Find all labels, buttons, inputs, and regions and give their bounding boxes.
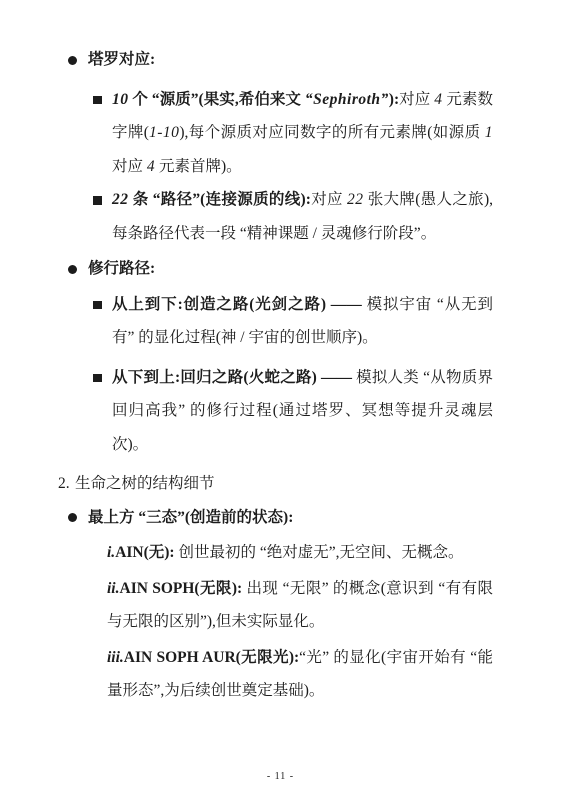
text-segment: 22 — [347, 191, 364, 208]
numbered-heading-tree-structure: 2.生命之树的结构细节 — [58, 467, 493, 501]
list-number-label: 2. — [58, 467, 75, 501]
circle-bullet-icon — [68, 265, 77, 274]
roman-list-item-ain: i.AIN(无): 创世最初的 “绝对虚无”,无空间、无概念。 — [107, 536, 493, 570]
text-segment: AIN SOPH(无限): — [120, 580, 243, 597]
text-segment: 修行路径: — [88, 260, 155, 277]
text-segment: 对应 — [112, 158, 147, 175]
text-segment: 条 “路径”(连接源质的线): — [129, 191, 311, 208]
square-bullet-icon — [93, 374, 102, 383]
roman-list-item-ain-soph: ii.AIN SOPH(无限): 出现 “无限” 的概念(意识到 “有有限与无限… — [107, 572, 493, 639]
square-bullet-icon — [93, 196, 102, 205]
page-number: - 11 - — [0, 771, 561, 782]
text-segment: 1-10 — [149, 124, 179, 141]
document-page: 塔罗对应: 10 个 “源质”(果实,希伯来文 “Sephiroth”):对应 … — [0, 0, 561, 805]
text-segment: AIN SOPH AUR(无限光): — [124, 649, 299, 666]
sub-bullet-item-paths: 22 条 “路径”(连接源质的线):对应 22 张大牌(愚人之旅),每条路径代表… — [112, 183, 493, 250]
text-segment: 从上到下:创造之路(光剑之路) —— — [112, 296, 367, 313]
text-segment: 4 — [147, 158, 155, 175]
text-segment: 对应 — [399, 91, 434, 108]
text-segment: ii. — [107, 580, 120, 597]
text-segment: iii. — [107, 649, 124, 666]
text-segment: 生命之树的结构细节 — [75, 475, 215, 492]
bullet-item-practice-paths: 修行路径: — [88, 252, 493, 286]
text-segment: 1 — [485, 124, 493, 141]
sub-bullet-item-top-down: 从上到下:创造之路(光剑之路) —— 模拟宇宙 “从无到有” 的显化过程(神 /… — [112, 288, 493, 355]
circle-bullet-icon — [68, 56, 77, 65]
bullet-item-tarot-correspondence: 塔罗对应: — [88, 43, 493, 77]
text-segment: 个 “源质”(果实,希伯来文 — [129, 91, 305, 108]
text-segment: 创世最初的 “绝对虚无”,无空间、无概念。 — [175, 544, 464, 561]
document-body: 塔罗对应: 10 个 “源质”(果实,希伯来文 “Sephiroth”):对应 … — [68, 43, 493, 708]
text-segment: 元素首牌)。 — [155, 158, 242, 175]
text-segment: 从下到上:回归之路(火蛇之路) —— — [112, 369, 356, 386]
square-bullet-icon — [93, 96, 102, 105]
square-bullet-icon — [93, 301, 102, 310]
sub-bullet-item-sephiroth: 10 个 “源质”(果实,希伯来文 “Sephiroth”):对应 4 元素数字… — [112, 83, 493, 184]
circle-bullet-icon — [68, 513, 77, 522]
text-segment: i. — [107, 544, 115, 561]
sub-bullet-item-bottom-up: 从下到上:回归之路(火蛇之路) —— 模拟人类 “从物质界回归高我” 的修行过程… — [112, 361, 493, 462]
bullet-item-three-states: 最上方 “三态”(创造前的状态): — [88, 501, 493, 535]
text-segment: AIN(无): — [115, 544, 174, 561]
text-segment: ): — [389, 91, 399, 108]
text-segment: 对应 — [311, 191, 347, 208]
text-segment: “Sephiroth” — [305, 91, 389, 108]
text-segment: 10 — [112, 91, 129, 108]
text-segment: 22 — [112, 191, 129, 208]
roman-list-item-ain-soph-aur: iii.AIN SOPH AUR(无限光):“光” 的显化(宇宙开始有 “能量形… — [107, 641, 493, 708]
text-segment: 最上方 “三态”(创造前的状态): — [88, 509, 293, 526]
text-segment: 塔罗对应: — [88, 51, 155, 68]
text-segment: ),每个源质对应同数字的所有元素牌(如源质 — [179, 124, 484, 141]
